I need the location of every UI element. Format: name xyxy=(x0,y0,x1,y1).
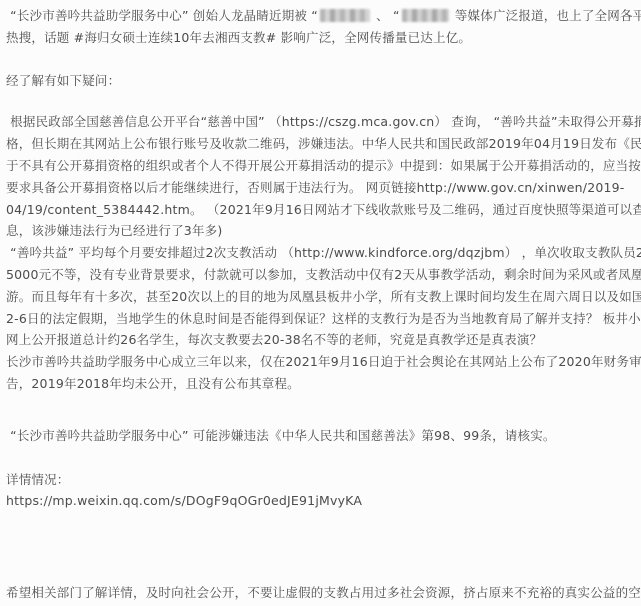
intro-line-2: 热搜，话题 #海归女硕士连续10年去湘西支教# 影响广泛，全网传播量已达上亿。 xyxy=(6,27,635,49)
text-line: “善吟共益” 平均每个月要安排超过2次支教活动 （http://www.kind… xyxy=(6,242,635,264)
closing-appeal-text: 希望相关部门了解详情，及时向社会公开，不要让虚假的支教占用过多社会资源，挤占原来… xyxy=(6,582,635,604)
paragraph-complaint-activities: “善吟共益” 平均每个月要安排超过2次支教活动 （http://www.kind… xyxy=(6,242,635,351)
intro-text-between-redactions: 、 “ xyxy=(372,8,400,23)
conclusion-text: “长沙市善吟共益助学服务中心” 可能涉嫌违法《中华人民共和国慈善法》第98、99… xyxy=(6,425,635,447)
text-line: 息，该涉嫌违法行为已经进行了3年多) xyxy=(6,220,635,242)
text-line: 游。而且每年有十多次，甚至20次以上的目的地为凤凰县板井小学，所有支教上课时间均… xyxy=(6,286,635,308)
text-line: 5000元不等，没有专业背景要求，付款就可以参加，支教活动中仅有2天从事教学活动… xyxy=(6,264,635,286)
intro-text-after-redaction: 等媒体广泛报道，也上了全网各平台 xyxy=(451,8,641,23)
redacted-media-name-2 xyxy=(402,9,449,22)
paragraph-intro: “长沙市善吟共益助学服务中心” 创始人龙晶睛近期被 “ 、 “ 等媒体广泛报道，… xyxy=(6,5,635,49)
paragraph-conclusion: “长沙市善吟共益助学服务中心” 可能涉嫌违法《中华人民共和国慈善法》第98、99… xyxy=(6,425,635,447)
paragraph-closing-appeal: 希望相关部门了解详情，及时向社会公开，不要让虚假的支教占用过多社会资源，挤占原来… xyxy=(6,582,635,604)
text-line: 04/19/content_5384442.htm。 （2021年9月16日网站… xyxy=(6,199,635,221)
text-line: 长沙市善吟共益助学服务中心成立三年以来，仅在2021年9月16日迫于社会舆论在其… xyxy=(6,351,635,373)
text-line: 根据民政部全国慈善信息公开平台“慈善中国” （https://cszg.mca.… xyxy=(6,111,635,133)
text-line: 格，但长期在其网站上公布银行账号及收款二维码，涉嫌违法。中华人民共和国民政部20… xyxy=(6,133,635,155)
text-line: 2-6日的法定假期，当地学生的休息时间是否能得到保证？这样的支教行为是否为当地教… xyxy=(6,308,635,330)
text-line: 于不具有公开募捐资格的组织或者个人不得开展公开募捐活动的提示》中提到：如果属于公… xyxy=(6,155,635,177)
question-intro-text: 经了解有如下疑问： xyxy=(6,70,635,92)
paragraph-complaint-disclosure: 长沙市善吟共益助学服务中心成立三年以来，仅在2021年9月16日迫于社会舆论在其… xyxy=(6,351,635,395)
details-label: 详情情况： xyxy=(6,469,635,491)
text-line: 要求具备公开募捐资格以后才能继续进行，否则属于违法行为。 网页链接http://… xyxy=(6,177,635,199)
redacted-media-name-1 xyxy=(320,9,370,22)
intro-line-1: “长沙市善吟共益助学服务中心” 创始人龙晶睛近期被 “ 、 “ 等媒体广泛报道，… xyxy=(6,5,635,27)
text-line: 告，2019年2018年均未公开，且没有公布其章程。 xyxy=(6,373,635,395)
paragraph-complaint-fundraising: 根据民政部全国慈善信息公开平台“慈善中国” （https://cszg.mca.… xyxy=(6,111,635,242)
text-line: 网上公开报道总计约26名学生，每次支教要去20-38名不等的老师，究竟是真教学还… xyxy=(6,329,635,351)
paragraph-question-intro: 经了解有如下疑问： xyxy=(6,70,635,92)
intro-text-before-redaction: “长沙市善吟共益助学服务中心” 创始人龙晶睛近期被 “ xyxy=(6,8,318,23)
complaint-document: “长沙市善吟共益助学服务中心” 创始人龙晶睛近期被 “ 、 “ 等媒体广泛报道，… xyxy=(0,0,641,604)
details-section: 详情情况： https://mp.weixin.qq.com/s/DOgF9qO… xyxy=(6,469,635,513)
details-weixin-link[interactable]: https://mp.weixin.qq.com/s/DOgF9qOGr0edJ… xyxy=(6,490,635,512)
